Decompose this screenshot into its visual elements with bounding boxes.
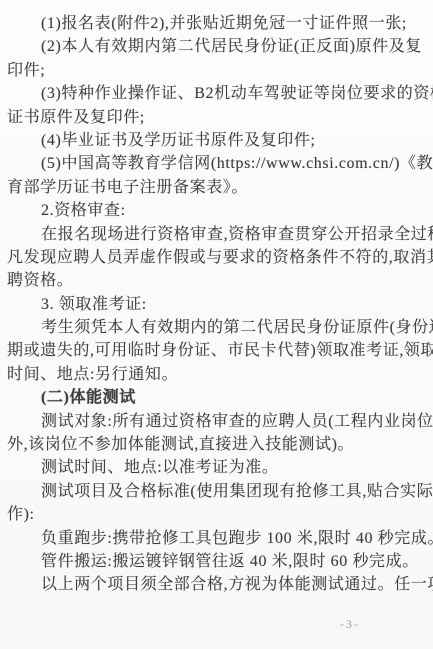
text-line: (2)本人有效期内第二代居民身份证(正反面)原件及复: [7, 35, 427, 58]
text-line: 考生须凭本人有效期内的第二代居民身份证原件(身份过: [7, 316, 427, 339]
text-line: (5)中国高等教育学信网(https://www.chsi.com.cn/)《教: [7, 152, 427, 175]
text-line: 负重跑步:携带抢修工具包跑步 100 米,限时 40 秒完成。: [7, 527, 427, 550]
text-line: 测试时间、地点:以准考证为准。: [7, 456, 427, 479]
text-line: 印件;: [7, 59, 427, 82]
document-page: (1)报名表(附件2),并张贴近期免冠一寸证件照一张; (2)本人有效期内第二代…: [0, 0, 433, 649]
text-line: 时间、地点:另行通知。: [7, 363, 427, 386]
section-heading: (二)体能测试: [7, 386, 427, 409]
text-line: 作):: [7, 503, 427, 526]
text-line: 外,该岗位不参加体能测试,直接进入技能测试)。: [7, 433, 427, 456]
text-line: 聘资格。: [7, 269, 427, 292]
text-line: 证书原件及复印件;: [7, 106, 427, 129]
page-number: -3-: [340, 617, 360, 632]
text-line: 期或遗失的,可用临时身份证、市民卡代替)领取准考证,领取: [7, 339, 427, 362]
text-line: 凡发现应聘人员弄虚作假或与要求的资格条件不符的,取消其应: [7, 246, 427, 269]
text-line: 育部学历证书电子注册备案表》。: [7, 176, 427, 199]
text-line: 以上两个项目须全部合格,方视为体能测试通过。任一项目: [7, 573, 427, 596]
text-line: (3)特种作业操作证、B2机动车驾驶证等岗位要求的资格: [7, 82, 427, 105]
text-line: (1)报名表(附件2),并张贴近期免冠一寸证件照一张;: [7, 12, 427, 35]
text-line: 测试项目及合格标准(使用集团现有抢修工具,贴合实际工: [7, 480, 427, 503]
text-line: (4)毕业证书及学历证书原件及复印件;: [7, 129, 427, 152]
document-text-block: (1)报名表(附件2),并张贴近期免冠一寸证件照一张; (2)本人有效期内第二代…: [7, 12, 427, 597]
text-line: 在报名现场进行资格审查,资格审查贯穿公开招录全过程,: [7, 223, 427, 246]
text-line: 管件搬运:搬运镀锌钢管往返 40 米,限时 60 秒完成。: [7, 550, 427, 573]
numbered-item-heading: 2.资格审查:: [7, 199, 427, 222]
numbered-item-heading: 3. 领取准考证:: [7, 293, 427, 316]
text-line: 测试对象:所有通过资格审查的应聘人员(工程内业岗位除: [7, 410, 427, 433]
